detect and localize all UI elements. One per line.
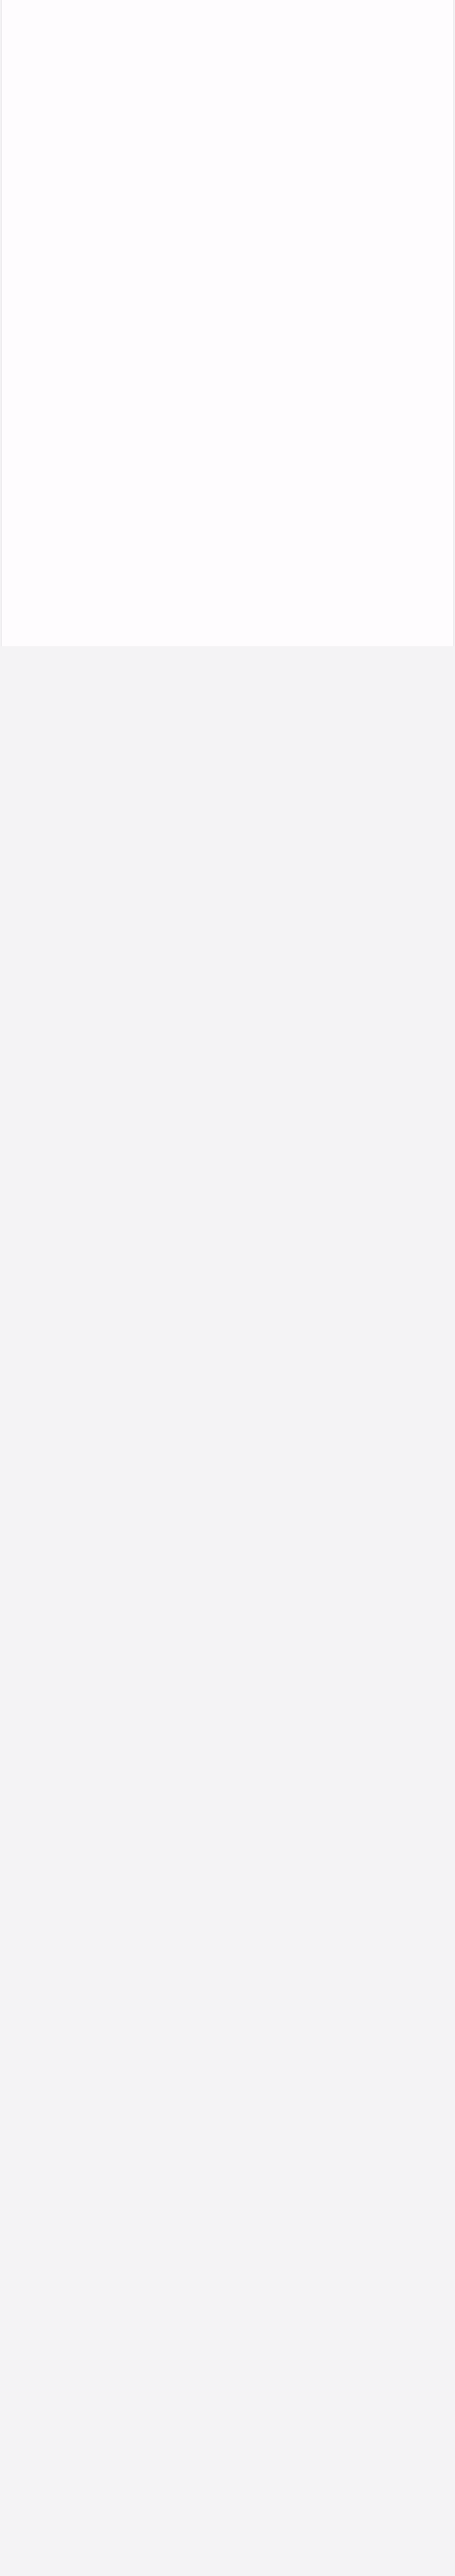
page-1 <box>1 0 454 646</box>
